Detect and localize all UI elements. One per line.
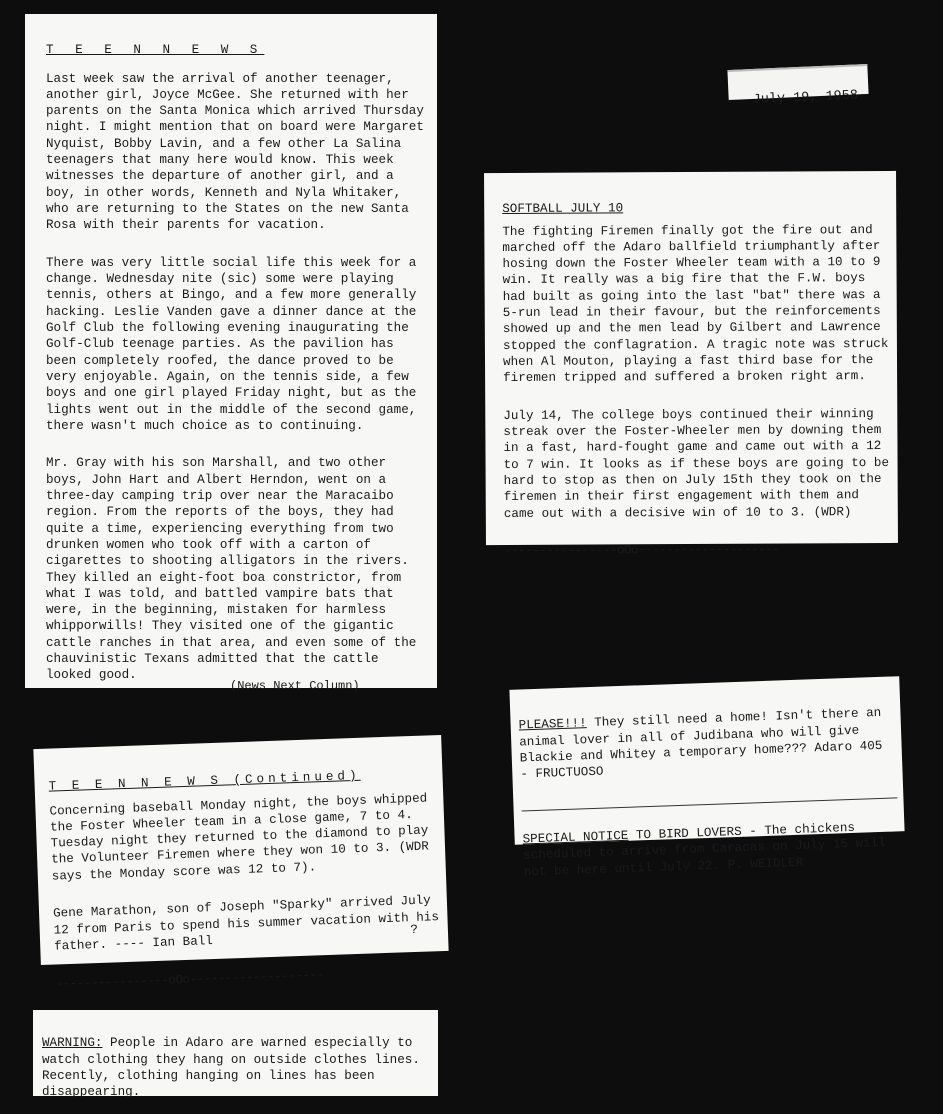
page-mark: ? — [410, 922, 418, 939]
teen-news-paragraph: There was very little social life this w… — [46, 255, 427, 434]
divider: ----------------oOo-------------------- — [504, 541, 890, 559]
softball-paragraph: The fighting Firemen finally got the fir… — [502, 222, 889, 387]
teen-news-clipping: T E E N N E W S Last week saw the arriva… — [25, 14, 437, 688]
warning-notice: WARNING: People in Adaro are warned espe… — [42, 1035, 430, 1100]
divider — [522, 797, 898, 811]
teen-news-continued-title: T E E N N E W S (Continued) — [48, 768, 360, 795]
teen-news-paragraph: Last week saw the arrival of another tee… — [46, 71, 427, 234]
warning-clipping: WARNING: People in Adaro are warned espe… — [33, 1010, 438, 1096]
softball-clipping: SOFTBALL JULY 10 The fighting Firemen fi… — [484, 171, 898, 545]
teen-news-continued-clipping: T E E N N E W S (Continued) Concerning b… — [33, 735, 448, 965]
date-label: July 19, 1958 — [727, 64, 868, 100]
date-text: July 19, 1958 — [752, 89, 858, 109]
please-notice: PLEASE!!! They still need a home! Isn't … — [518, 705, 896, 783]
please-label: PLEASE!!! — [518, 716, 586, 732]
teen-news-continued-paragraph: Gene Marathon, son of Joseph "Sparky" ar… — [53, 893, 440, 955]
teen-news-paragraph: Mr. Gray with his son Marshall, and two … — [46, 455, 427, 683]
bird-lovers-notice: SPECIAL NOTICE TO BIRD LOVERS - The chic… — [522, 818, 899, 880]
softball-paragraph: July 14, The college boys continued thei… — [503, 406, 890, 522]
softball-title: SOFTBALL JULY 10 — [502, 201, 623, 218]
divider: ----------------oOo------------------- — [55, 963, 441, 993]
teen-news-continued-paragraph: Concerning baseball Monday night, the bo… — [49, 790, 438, 885]
teen-news-title: T E E N N E W S — [46, 42, 264, 58]
notices-clipping: PLEASE!!! They still need a home! Isn't … — [509, 676, 904, 845]
warning-label: WARNING: — [42, 1036, 102, 1050]
bird-lovers-label: SPECIAL NOTICE — [522, 829, 628, 847]
continuation-note: (News Next Column) — [230, 678, 360, 694]
